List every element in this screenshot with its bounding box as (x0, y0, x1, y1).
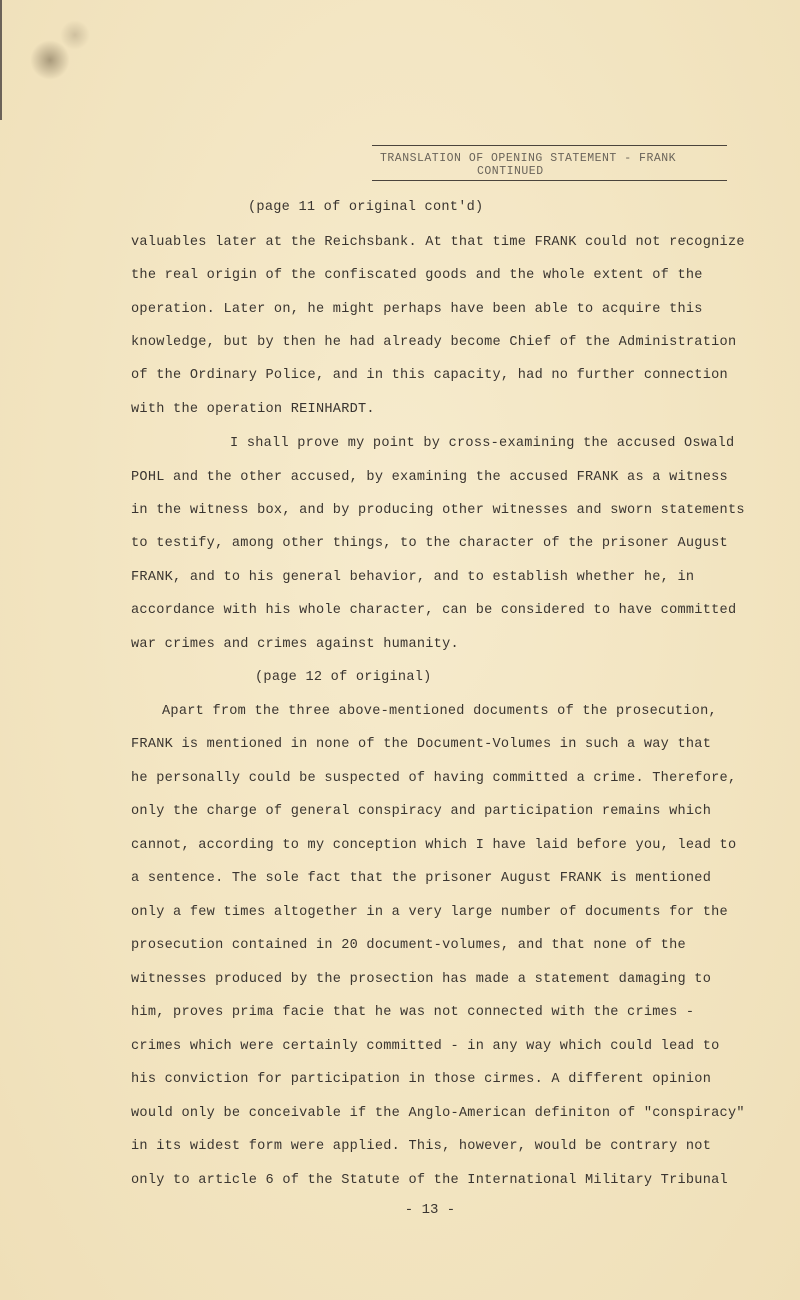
text-line: accordance with his whole character, can… (131, 603, 736, 618)
text-line: FRANK is mentioned in none of the Docume… (131, 737, 711, 752)
header-title: TRANSLATION OF OPENING STATEMENT - FRANK (372, 152, 727, 165)
text-line: he personally could be suspected of havi… (131, 771, 736, 786)
text-line: in the witness box, and by producing oth… (131, 503, 745, 518)
text-line: war crimes and crimes against humanity. (131, 637, 459, 652)
text-line: I shall prove my point by cross-examinin… (230, 436, 734, 451)
text-line: to testify, among other things, to the c… (131, 536, 728, 551)
text-line: with the operation REINHARDT. (131, 402, 375, 417)
text-line: witnesses produced by the prosection has… (131, 972, 711, 987)
page-number: - 13 - (0, 1202, 800, 1218)
page-marker: (page 12 of original) (255, 670, 432, 685)
text-line: prosecution contained in 20 document-vol… (131, 938, 686, 953)
text-line: valuables later at the Reichsbank. At th… (131, 235, 745, 250)
text-line: would only be conceivable if the Anglo-A… (131, 1106, 745, 1121)
text-line: FRANK, and to his general behavior, and … (131, 570, 694, 585)
text-line: him, proves prima facie that he was not … (131, 1005, 694, 1020)
text-line: the real origin of the confiscated goods… (131, 268, 703, 283)
header-continued: CONTINUED (372, 165, 727, 178)
page-marker: (page 11 of original cont'd) (248, 200, 483, 215)
text-line: only a few times altogether in a very la… (131, 905, 728, 920)
text-line: in its widest form were applied. This, h… (131, 1139, 711, 1154)
text-line: knowledge, but by then he had already be… (131, 335, 736, 350)
text-line: a sentence. The sole fact that the priso… (131, 871, 711, 886)
text-line: cannot, according to my conception which… (131, 838, 736, 853)
text-line: operation. Later on, he might perhaps ha… (131, 302, 703, 317)
text-line: POHL and the other accused, by examining… (131, 470, 728, 485)
text-line: his conviction for participation in thos… (131, 1072, 711, 1087)
text-line: Apart from the three above-mentioned doc… (162, 704, 717, 719)
document-page: TRANSLATION OF OPENING STATEMENT - FRANK… (0, 0, 800, 1300)
text-line: crimes which were certainly committed - … (131, 1039, 720, 1054)
document-header: TRANSLATION OF OPENING STATEMENT - FRANK… (372, 145, 727, 181)
text-line: of the Ordinary Police, and in this capa… (131, 368, 728, 383)
stain-mark (60, 20, 90, 50)
text-line: only the charge of general conspiracy an… (131, 804, 711, 819)
page-edge (0, 0, 2, 120)
text-line: only to article 6 of the Statute of the … (131, 1173, 728, 1188)
